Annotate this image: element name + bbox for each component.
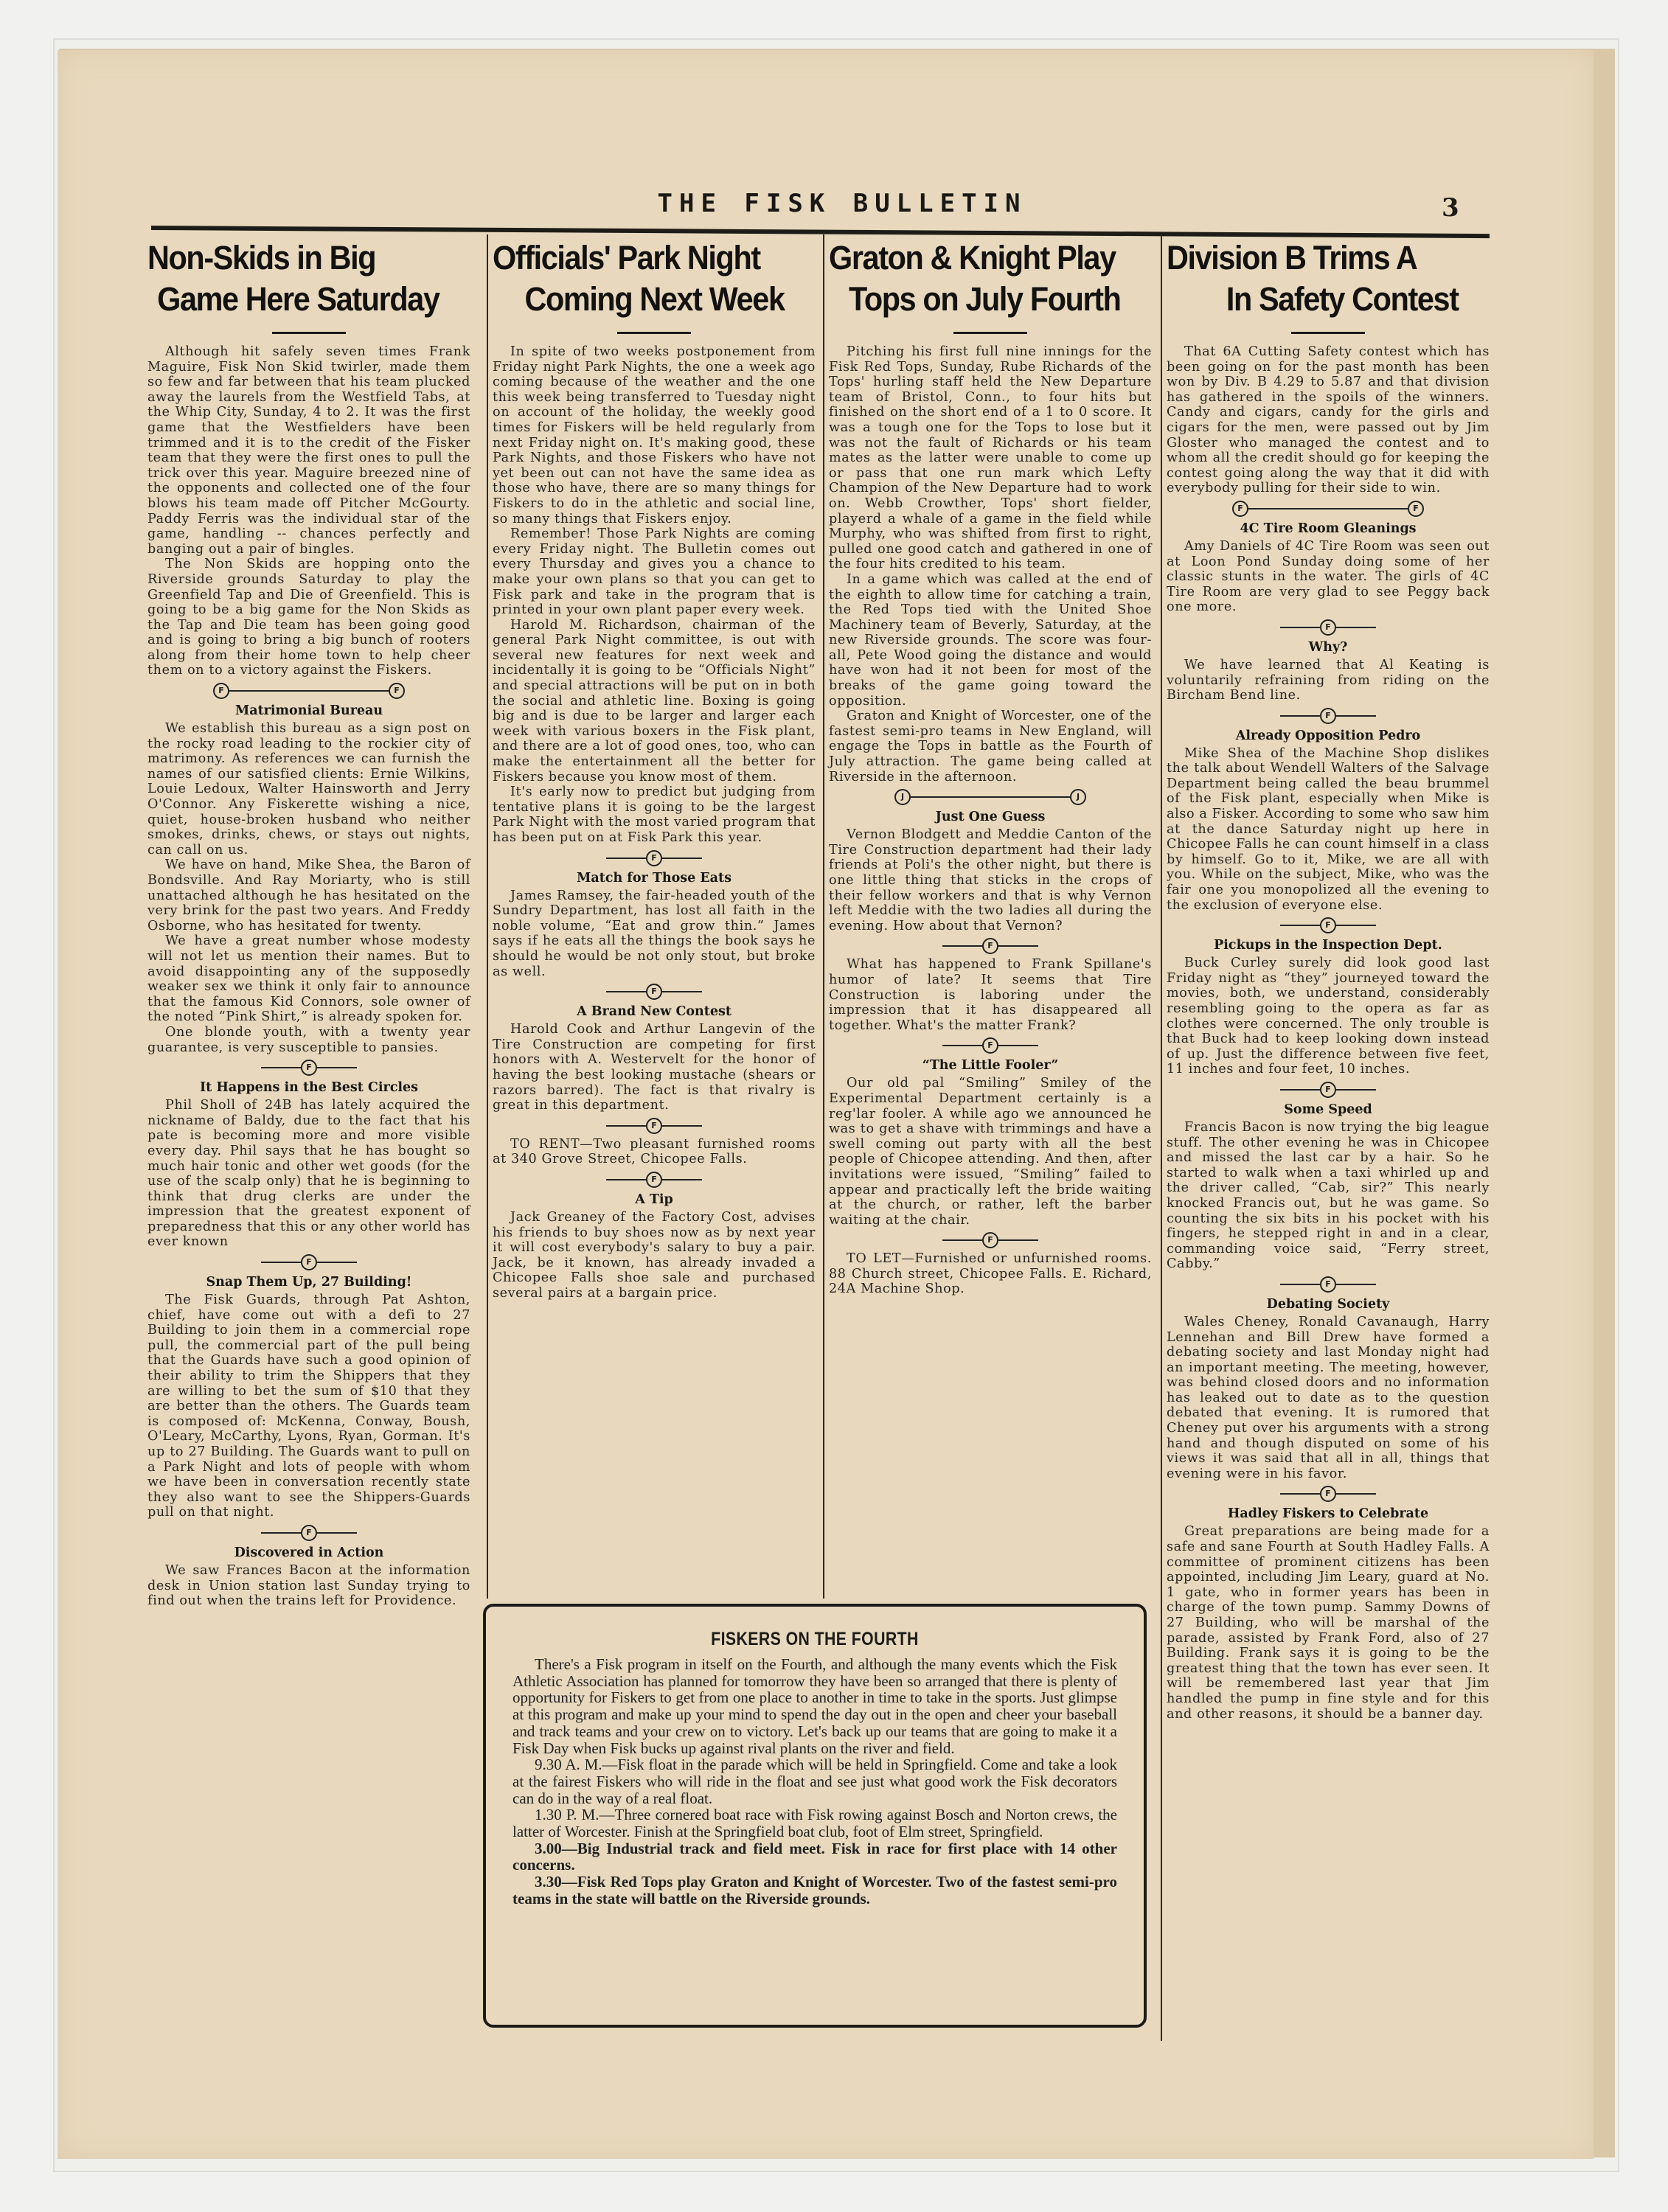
item-paragraph: What has happened to Frank Spillane's hu…: [829, 957, 1152, 1033]
fisk-emblem-icon: F: [1232, 501, 1248, 517]
article-headline: Graton & Knight PlayTops on July Fourth: [829, 237, 1147, 320]
program-event: 9.30 A. M.—Fisk float in the parade whic…: [512, 1756, 1117, 1806]
item-paragraph: Buck Curley surely did look good last Fr…: [1167, 956, 1490, 1077]
item-paragraph: The Fisk Guards, through Pat Ashton, chi…: [147, 1293, 470, 1520]
article-paragraph: Graton and Knight of Worcester, one of t…: [829, 709, 1152, 785]
item-paragraph: Amy Daniels of 4C Tire Room was seen out…: [1167, 539, 1490, 615]
divider-line: [1336, 627, 1376, 628]
article-paragraph: Remember! Those Park Nights are coming e…: [493, 526, 816, 618]
event-time: 3.00—: [535, 1840, 577, 1857]
item-heading: Pickups in the Inspection Dept.: [1167, 936, 1490, 954]
fisk-emblem-icon: F: [389, 683, 405, 699]
divider-line: [911, 796, 1070, 798]
program-event: 1.30 P. M.—Three cornered boat race with…: [512, 1806, 1117, 1840]
ornament-divider: F: [261, 1254, 357, 1270]
item-paragraph: Our old pal “Smiling” Smiley of the Expe…: [829, 1076, 1152, 1228]
divider-line: [1336, 1089, 1376, 1091]
item-heading: A Tip: [493, 1191, 816, 1208]
item-paragraph: Phil Sholl of 24B has lately acquired th…: [147, 1098, 470, 1250]
box-title: FISKERS ON THE FOURTH: [558, 1629, 1072, 1650]
divider-line: [998, 1239, 1038, 1241]
fisk-emblem-icon: F: [301, 1254, 317, 1270]
fisk-emblem-icon: F: [1320, 1486, 1336, 1502]
headline-line: Coming Next Week: [493, 279, 811, 320]
item-paragraph: TO RENT—Two pleasant furnished rooms at …: [493, 1137, 816, 1167]
box-events: 9.30 A. M.—Fisk float in the parade whic…: [512, 1756, 1117, 1907]
headline-line: Graton & Knight Play: [829, 237, 1147, 279]
ornament-divider: F: [261, 1525, 357, 1541]
item-heading: Snap Them Up, 27 Building!: [147, 1273, 470, 1291]
ornament-divider: JJ: [894, 789, 1086, 805]
divider-line: [942, 1239, 982, 1241]
fisk-emblem-icon: F: [646, 1172, 662, 1188]
item-paragraph: We have on hand, Mike Shea, the Baron of…: [147, 858, 470, 933]
ornament-divider: FF: [213, 683, 405, 699]
item-paragraph: Francis Bacon is now trying the big leag…: [1167, 1120, 1490, 1272]
article-paragraph: It's early now to predict but judging fr…: [493, 785, 816, 845]
fisk-emblem-icon: J: [894, 789, 911, 805]
divider-line: [1336, 1493, 1376, 1495]
divider-line: [998, 945, 1038, 947]
item-heading: Debating Society: [1167, 1295, 1490, 1313]
ornament-divider: F: [1280, 1082, 1376, 1098]
box-intro: There's a Fisk program in itself on the …: [512, 1656, 1117, 1756]
fisk-emblem-icon: F: [1320, 708, 1336, 724]
item-paragraph: Vernon Blodgett and Meddie Canton of the…: [829, 827, 1152, 933]
item-paragraph: TO LET—Furnished or unfurnished rooms. 8…: [829, 1251, 1152, 1297]
fisk-emblem-icon: F: [213, 683, 229, 699]
headline-line: Tops on July Fourth: [829, 279, 1147, 320]
divider-line: [1280, 1089, 1320, 1091]
article-headline: Non-Skids in BigGame Here Saturday: [147, 237, 466, 320]
ornament-divider: F: [1280, 917, 1376, 933]
item-paragraph: Wales Cheney, Ronald Cavanaugh, Harry Le…: [1167, 1315, 1490, 1482]
headline-line: In Safety Contest: [1167, 279, 1485, 320]
item-paragraph: Harold Cook and Arthur Langevin of the T…: [493, 1022, 816, 1113]
divider-line: [606, 1179, 646, 1180]
divider-line: [1336, 1284, 1376, 1285]
divider-line: [1280, 1493, 1320, 1495]
headline-line: Officials' Park Night: [493, 237, 811, 279]
divider-line: [1280, 925, 1320, 926]
article-paragraph: In spite of two weeks postponement from …: [493, 344, 816, 526]
event-time: 1.30 P. M.—: [535, 1806, 615, 1823]
divider-line: [317, 1532, 357, 1534]
fisk-emblem-icon: F: [1320, 917, 1336, 933]
fisk-emblem-icon: F: [646, 984, 662, 1000]
program-event: 3.00—Big Industrial track and field meet…: [512, 1840, 1117, 1874]
fisk-emblem-icon: F: [646, 850, 662, 866]
ornament-divider: F: [942, 1037, 1038, 1054]
divider-line: [1280, 1284, 1320, 1285]
column-2: Officials' Park NightComing Next WeekIn …: [487, 234, 816, 1599]
divider-line: [606, 1125, 646, 1127]
ornament-divider: F: [1280, 619, 1376, 636]
article-paragraph: The Non Skids are hopping onto the River…: [147, 557, 470, 678]
item-paragraph: Jack Greaney of the Factory Cost, advise…: [493, 1210, 816, 1301]
fisk-emblem-icon: F: [982, 938, 998, 954]
column-3: Graton & Knight PlayTops on July FourthP…: [823, 234, 1152, 1599]
ornament-divider: F: [606, 1118, 702, 1134]
divider-line: [317, 1262, 357, 1263]
divider-line: [261, 1067, 301, 1068]
divider-line: [662, 1125, 702, 1127]
item-paragraph: We have a great number whose modesty wil…: [147, 933, 470, 1025]
ornament-divider: F: [942, 1232, 1038, 1248]
article-paragraph: Harold M. Richardson, chairman of the ge…: [493, 618, 816, 785]
ornament-divider: F: [942, 938, 1038, 954]
masthead-title: THE FISK BULLETIN: [621, 189, 1063, 218]
item-heading: Discovered in Action: [147, 1544, 470, 1562]
item-heading: Already Opposition Pedro: [1167, 727, 1490, 745]
article-paragraph: Although hit safely seven times Frank Ma…: [147, 344, 470, 557]
divider-line: [317, 1067, 357, 1068]
divider-line: [1336, 925, 1376, 926]
ornament-divider: F: [1280, 1276, 1376, 1293]
item-paragraph: We have learned that Al Keating is volun…: [1167, 658, 1490, 703]
item-heading: “The Little Fooler”: [829, 1057, 1152, 1074]
article-paragraph: Pitching his first full nine innings for…: [829, 344, 1152, 572]
divider-line: [1280, 627, 1320, 628]
item-heading: Why?: [1167, 639, 1490, 656]
divider-line: [1248, 508, 1408, 509]
fisk-emblem-icon: F: [1320, 1082, 1336, 1098]
program-event: 3.30—Fisk Red Tops play Graton and Knigh…: [512, 1874, 1117, 1907]
divider-line: [606, 991, 646, 992]
divider-line: [942, 945, 982, 947]
headline-rule: [1291, 332, 1365, 334]
column-1: Non-Skids in BigGame Here SaturdayAlthou…: [147, 234, 470, 1609]
divider-line: [606, 858, 646, 859]
event-text: Big Industrial track and field meet. Fis…: [512, 1840, 1117, 1874]
fisk-emblem-icon: F: [982, 1037, 998, 1054]
fisk-emblem-icon: F: [301, 1525, 317, 1541]
ornament-divider: F: [606, 984, 702, 1000]
article-headline: Division B Trims AIn Safety Contest: [1167, 237, 1485, 320]
event-text: Fisk Red Tops play Graton and Knight of …: [512, 1873, 1117, 1907]
item-heading: Hadley Fiskers to Celebrate: [1167, 1505, 1490, 1523]
article-paragraph: That 6A Cutting Safety contest which has…: [1167, 344, 1490, 496]
ornament-divider: F: [606, 1172, 702, 1188]
fisk-emblem-icon: F: [1408, 501, 1424, 517]
divider-line: [1336, 715, 1376, 717]
divider-line: [261, 1532, 301, 1534]
divider-line: [662, 1179, 702, 1180]
fisk-emblem-icon: F: [1320, 619, 1336, 636]
ornament-divider: F: [261, 1060, 357, 1076]
event-time: 3.30—: [535, 1873, 577, 1891]
headline-line: Game Here Saturday: [147, 279, 466, 320]
item-heading: Some Speed: [1167, 1101, 1490, 1119]
headline-rule: [617, 332, 691, 334]
divider-line: [998, 1045, 1038, 1046]
fisk-emblem-icon: F: [301, 1060, 317, 1076]
item-paragraph: James Ramsey, the fair-headed youth of t…: [493, 888, 816, 980]
headline-rule: [953, 332, 1027, 334]
column-4: Division B Trims AIn Safety ContestThat …: [1161, 234, 1490, 2041]
event-time: 9.30 A. M.—: [535, 1756, 618, 1773]
item-paragraph: We establish this bureau as a sign post …: [147, 721, 470, 858]
ornament-divider: FF: [1232, 501, 1424, 517]
item-heading: 4C Tire Room Gleanings: [1167, 520, 1490, 538]
divider-line: [229, 690, 389, 692]
fisk-emblem-icon: J: [1070, 789, 1086, 805]
article-headline: Officials' Park NightComing Next Week: [493, 237, 811, 320]
fiskers-on-the-fourth-box: FISKERS ON THE FOURTH There's a Fisk pro…: [483, 1604, 1147, 2028]
divider-line: [942, 1045, 982, 1046]
item-heading: Match for Those Eats: [493, 869, 816, 887]
divider-line: [1280, 715, 1320, 717]
item-paragraph: Great preparations are being made for a …: [1167, 1524, 1490, 1722]
item-heading: It Happens in the Best Circles: [147, 1079, 470, 1096]
divider-line: [662, 991, 702, 992]
ornament-divider: F: [1280, 708, 1376, 724]
page-number: 3: [1442, 193, 1459, 223]
item-heading: Just One Guess: [829, 808, 1152, 826]
ornament-divider: F: [1280, 1486, 1376, 1502]
ornament-divider: F: [606, 850, 702, 866]
item-paragraph: We saw Frances Bacon at the information …: [147, 1563, 470, 1609]
headline-line: Non-Skids in Big: [147, 237, 466, 279]
headline-line: Division B Trims A: [1167, 237, 1485, 279]
headline-rule: [272, 332, 346, 334]
item-paragraph: Mike Shea of the Machine Shop dislikes t…: [1167, 746, 1490, 914]
fisk-emblem-icon: F: [1320, 1276, 1336, 1293]
fisk-emblem-icon: F: [982, 1232, 998, 1248]
item-heading: Matrimonial Bureau: [147, 702, 470, 720]
divider-line: [261, 1262, 301, 1263]
fisk-emblem-icon: F: [646, 1118, 662, 1134]
item-paragraph: One blonde youth, with a twenty year gua…: [147, 1025, 470, 1055]
divider-line: [662, 858, 702, 859]
article-paragraph: In a game which was called at the end of…: [829, 572, 1152, 709]
item-heading: A Brand New Contest: [493, 1003, 816, 1020]
